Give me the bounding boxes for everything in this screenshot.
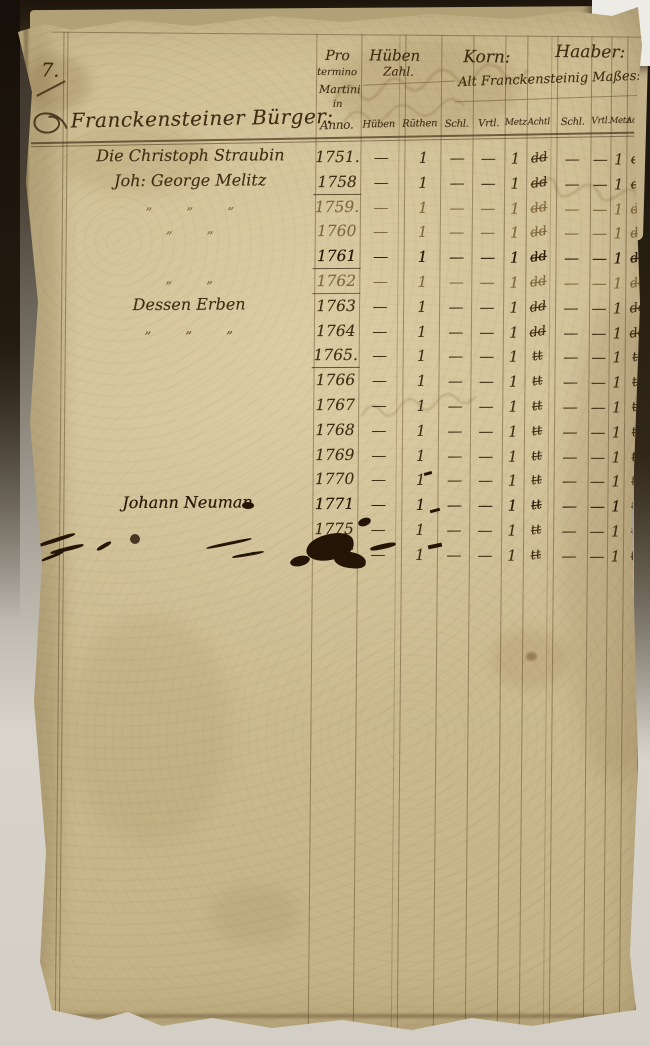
korn-value: — [442, 146, 472, 170]
hueben-value: — [360, 443, 398, 467]
korn-value: 1 [504, 221, 526, 245]
hueben-value: — [362, 195, 400, 219]
anno-year: 1766 [311, 368, 359, 392]
haber-value: — [554, 321, 588, 345]
burger-name: Joh: George Melitz [68, 168, 312, 193]
korn-value: tt [522, 343, 553, 370]
anno-year: 1763 [312, 294, 360, 318]
korn-value: dd [523, 269, 554, 296]
anno-year: 1761 [312, 244, 360, 269]
ruethen-value: 1 [404, 171, 442, 195]
ink-blot [242, 502, 254, 509]
korn-value: dd [523, 244, 554, 271]
haber-value: — [589, 172, 611, 196]
haber-value: — [555, 147, 589, 171]
ruethen-value: 1 [402, 419, 440, 443]
korn-value: dd [522, 319, 553, 346]
korn-value: tt [520, 542, 551, 569]
haber-value: — [586, 494, 608, 518]
ink-blot [130, 534, 140, 544]
korn-value: — [440, 369, 470, 393]
hueben-value: — [360, 393, 398, 417]
ruethen-value: 1 [402, 468, 440, 492]
korn-value: — [440, 468, 470, 492]
korn-value: — [471, 469, 501, 493]
korn-value: — [471, 369, 501, 393]
korn-value: tt [521, 517, 552, 544]
korn-value: 1 [502, 469, 524, 493]
haber-value: — [555, 221, 589, 245]
korn-value: — [440, 444, 470, 468]
korn-value: tt [522, 393, 553, 420]
korn-value: — [470, 543, 500, 567]
anno-year: 1769 [311, 443, 359, 467]
korn-value: — [439, 543, 469, 567]
ruethen-value: 1 [403, 319, 441, 343]
haber-value: — [587, 370, 609, 394]
korn-value: dd [524, 195, 555, 222]
haber-value: — [589, 222, 611, 246]
korn-value: tt [522, 418, 553, 445]
subheader-korn-vrtl: Vrtl. [473, 118, 505, 130]
subheader-korn-schl: Schl. [441, 119, 473, 131]
haber-value: — [552, 494, 586, 518]
anno-year: 1764 [312, 319, 360, 343]
ruethen-value: 1 [401, 518, 439, 542]
hueben-value: — [360, 468, 398, 492]
korn-value: — [439, 493, 469, 517]
ruethen-value: 1 [404, 146, 442, 170]
ruethen-value: 1 [404, 195, 442, 219]
haber-value: — [555, 197, 589, 221]
hueben-value: — [362, 220, 400, 244]
korn-value: — [472, 245, 502, 269]
anno-year: 1771 [310, 492, 358, 516]
korn-value: — [441, 295, 471, 319]
ruethen-value: 1 [403, 270, 441, 294]
ledger-page: 7. Pro termino Martini in Hüben Zahl. Ko… [10, 4, 646, 1036]
ruethen-value: 1 [403, 295, 441, 319]
hueben-value: — [361, 344, 399, 368]
hueben-value: — [360, 369, 398, 393]
haber-value: — [587, 395, 609, 419]
hueben-value: — [361, 319, 399, 343]
haber-value: — [589, 147, 611, 171]
haber-value: — [554, 271, 588, 295]
korn-value: — [470, 518, 500, 542]
haber-value: — [552, 519, 586, 543]
haber-value: — [588, 246, 610, 270]
korn-value: tt [522, 368, 553, 395]
haber-value: — [553, 370, 587, 394]
subheader-korn-metz: Metz [504, 118, 528, 128]
korn-value: — [472, 270, 502, 294]
korn-value: 1 [501, 494, 523, 518]
anno-year: 1762 [312, 269, 360, 294]
table-ruling-and-text: 7. Pro termino Martini in Hüben Zahl. Ko… [3, 1, 648, 1039]
ruethen-value: 1 [402, 369, 440, 393]
korn-value: dd [523, 294, 554, 321]
subheader-hueben: Hüben [359, 119, 399, 131]
korn-value: tt [521, 492, 552, 519]
korn-value: — [473, 146, 503, 170]
korn-value: 1 [503, 246, 525, 270]
dark-backing-left [0, 0, 20, 620]
korn-value: — [442, 220, 472, 244]
hueben-value: — [362, 170, 400, 194]
korn-value: 1 [501, 519, 523, 543]
hueben-value: — [362, 145, 400, 169]
korn-value: — [440, 419, 470, 443]
haber-value: — [587, 470, 609, 494]
korn-value: 1 [502, 370, 524, 394]
haber-value: — [586, 544, 608, 568]
haber-value: — [553, 420, 587, 444]
ruethen-value: 1 [401, 493, 439, 517]
ruethen-value: 1 [402, 394, 440, 418]
anno-year: 1767 [311, 393, 359, 417]
korn-value: dd [524, 145, 555, 172]
korn-value: — [472, 320, 502, 344]
burger-name: „ „ [68, 218, 312, 243]
burger-name: Johann Neuman [65, 490, 309, 515]
korn-value: — [473, 221, 503, 245]
subheader-haber-vrtl: Vrtl. [590, 116, 612, 126]
korn-value: dd [524, 170, 555, 197]
korn-value: tt [521, 467, 552, 494]
korn-value: — [472, 295, 502, 319]
korn-value: — [440, 394, 470, 418]
hueben-value: — [360, 418, 398, 442]
haber-value: — [555, 172, 589, 196]
haber-value: — [588, 321, 610, 345]
anno-year: 1765. [312, 343, 360, 368]
haber-value: — [553, 395, 587, 419]
hueben-value: — [361, 294, 399, 318]
haber-value: — [588, 271, 610, 295]
burger-name: Die Christoph Straubin [68, 143, 312, 168]
haber-value: — [553, 445, 587, 469]
haber-value: — [587, 420, 609, 444]
haber-value: — [586, 519, 608, 543]
haber-value: — [588, 296, 610, 320]
anno-year: 1751. [313, 145, 361, 169]
korn-value: — [473, 171, 503, 195]
header-burger: Franckensteiner Bürger: [70, 104, 333, 133]
korn-value: — [470, 493, 500, 517]
anno-year: 1758 [313, 170, 361, 195]
korn-value: — [441, 245, 471, 269]
anno-year: 1768 [311, 418, 359, 442]
korn-value: 1 [502, 395, 524, 419]
haber-value: — [552, 544, 586, 568]
subheader-korn-achtl: Achtl [526, 117, 552, 127]
anno-year: 1759. [313, 195, 361, 219]
hueben-value: — [361, 269, 399, 293]
anno-year: 1760 [313, 219, 361, 243]
ruethen-value: 1 [403, 245, 441, 269]
burger-name: „ „ „ [68, 193, 312, 218]
korn-value: — [471, 444, 501, 468]
korn-value: — [471, 394, 501, 418]
korn-value: tt [521, 443, 552, 470]
korn-value: 1 [503, 345, 525, 369]
anno-year: 1770 [311, 467, 359, 491]
haber-value: — [588, 346, 610, 370]
korn-value: — [442, 196, 472, 220]
korn-value: — [473, 196, 503, 220]
korn-value: dd [523, 219, 554, 246]
photo-of-ledger: 7. Pro termino Martini in Hüben Zahl. Ko… [0, 0, 650, 1046]
haber-value: — [554, 246, 588, 270]
ruethen-value: 1 [403, 344, 441, 368]
flourish-icon [26, 107, 71, 144]
hueben-value: — [361, 245, 399, 269]
korn-value: — [471, 419, 501, 443]
korn-value: — [441, 344, 471, 368]
ruethen-value: 1 [404, 220, 442, 244]
ruethen-value: 1 [402, 443, 440, 467]
korn-value: 1 [504, 147, 526, 171]
burger-name: Dessen Erben [67, 292, 311, 317]
korn-value: — [441, 320, 471, 344]
haber-value: — [554, 345, 588, 369]
hueben-value: — [359, 493, 397, 517]
korn-value: — [472, 345, 502, 369]
burger-name: „ „ [67, 267, 311, 292]
korn-value: — [439, 518, 469, 542]
subheader-haber-schl: Schl. [555, 116, 591, 128]
subheader-ruethen: Rüthen [399, 118, 441, 130]
subheader-anno: Anno. [313, 117, 361, 132]
haber-value: — [554, 296, 588, 320]
korn-value: — [442, 171, 472, 195]
haber-value: — [553, 469, 587, 493]
haber-value: — [587, 445, 609, 469]
haber-value: — [589, 197, 611, 221]
korn-value: — [441, 270, 471, 294]
burger-name: „ „ „ [67, 317, 311, 342]
